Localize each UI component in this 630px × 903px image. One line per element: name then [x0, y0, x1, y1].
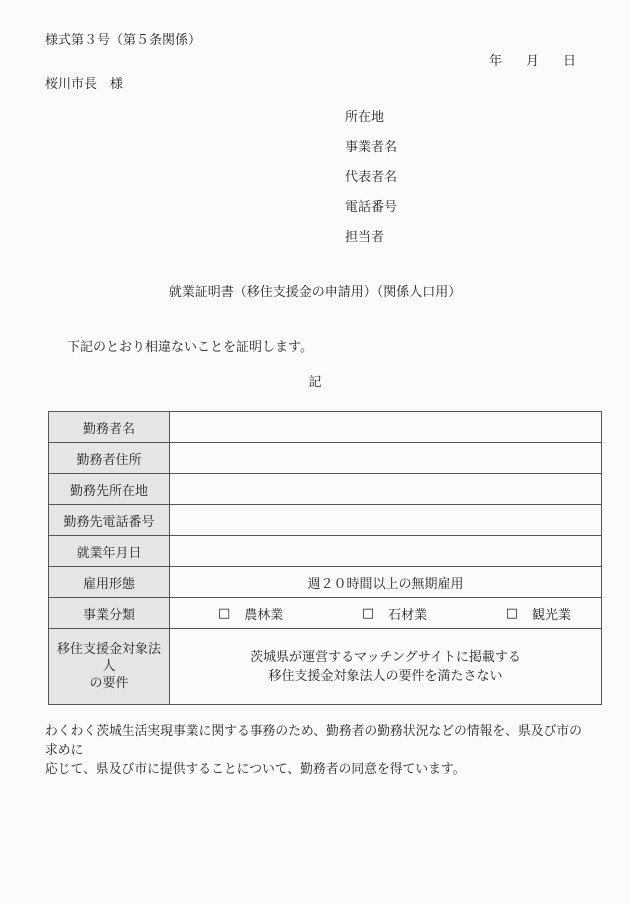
business-category-cell: □ 農林業 □ 石材業 □ 観光業: [170, 598, 602, 629]
date-line: 年 月 日: [489, 50, 576, 69]
checkbox-item-tourism[interactable]: □ 観光業: [506, 604, 571, 623]
checkbox-item-agriculture-forestry[interactable]: □ 農林業: [218, 604, 283, 623]
sender-representative-label: 代表者名: [345, 171, 397, 201]
row-label-line: の要件: [51, 675, 167, 692]
table-row-worker-name: 勤務者名: [49, 412, 602, 443]
workplace-location-field[interactable]: [170, 474, 602, 505]
table-row-workplace-phone: 勤務先電話番号: [49, 505, 602, 536]
employment-type-value: 週２０時間以上の無期雇用: [170, 567, 602, 598]
sender-location-label: 所在地: [345, 111, 397, 141]
document-title: 就業証明書（移住支援金の申請用）（関係人口用）: [0, 281, 630, 300]
date-year-label: 年: [489, 50, 502, 69]
sender-contact-person-label: 担当者: [345, 231, 397, 261]
worker-address-field[interactable]: [170, 443, 602, 474]
checkbox-icon[interactable]: □: [362, 606, 374, 621]
row-label: 勤務者名: [49, 412, 170, 443]
checkbox-item-stone-industry[interactable]: □ 石材業: [362, 604, 427, 623]
form-number: 様式第３号（第５条関係）: [45, 29, 201, 48]
row-label: 勤務者住所: [49, 443, 170, 474]
document-page: 様式第３号（第５条関係） 年 月 日 桜川市長 様 所在地 事業者名 代表者名 …: [0, 0, 630, 903]
support-requirements-value: 茨城県が運営するマッチングサイトに掲載する 移住支援金対象法人の要件を満たさない: [170, 629, 602, 705]
sender-business-name-label: 事業者名: [345, 141, 397, 171]
row-label: 事業分類: [49, 598, 170, 629]
employment-date-field[interactable]: [170, 536, 602, 567]
employment-table-wrap: 勤務者名 勤務者住所 勤務先所在地 勤務先電話番号 就業年月日 雇用形態: [48, 411, 602, 705]
checkbox-icon[interactable]: □: [218, 606, 230, 621]
checkbox-label: 石材業: [388, 604, 427, 623]
checkbox-label: 農林業: [244, 604, 283, 623]
support-requirements-line: 茨城県が運営するマッチングサイトに掲載する: [176, 648, 595, 667]
row-label: 勤務先電話番号: [49, 505, 170, 536]
checkbox-label: 観光業: [532, 604, 571, 623]
workplace-phone-field[interactable]: [170, 505, 602, 536]
row-label: 雇用形態: [49, 567, 170, 598]
support-requirements-line: 移住支援金対象法人の要件を満たさない: [176, 667, 595, 686]
date-day-label: 日: [563, 50, 576, 69]
checkbox-icon[interactable]: □: [506, 606, 518, 621]
sender-phone-label: 電話番号: [345, 201, 397, 231]
sender-block: 所在地 事業者名 代表者名 電話番号 担当者: [345, 111, 397, 261]
declaration-text: 下記のとおり相違ないことを証明します。: [67, 336, 313, 355]
table-row-worker-address: 勤務者住所: [49, 443, 602, 474]
footer-note: わくわく茨城生活実現事業に関する事務のため、勤務者の勤務状況などの情報を、県及び…: [45, 722, 593, 779]
table-row-workplace-location: 勤務先所在地: [49, 474, 602, 505]
table-row-employment-date: 就業年月日: [49, 536, 602, 567]
row-label: 移住支援金対象法人 の要件: [49, 629, 170, 705]
row-label: 勤務先所在地: [49, 474, 170, 505]
table-row-business-category: 事業分類 □ 農林業 □ 石材業 □ 観光業: [49, 598, 602, 629]
table-row-support-requirements: 移住支援金対象法人 の要件 茨城県が運営するマッチングサイトに掲載する 移住支援…: [49, 629, 602, 705]
row-label: 就業年月日: [49, 536, 170, 567]
ki-marker: 記: [0, 371, 630, 390]
employment-table: 勤務者名 勤務者住所 勤務先所在地 勤務先電話番号 就業年月日 雇用形態: [48, 411, 602, 705]
addressee: 桜川市長 様: [45, 73, 123, 92]
footer-note-line: 応じて、県及び市に提供することについて、勤務者の同意を得ています。: [45, 760, 593, 779]
date-month-label: 月: [526, 50, 539, 69]
worker-name-field[interactable]: [170, 412, 602, 443]
row-label-line: 移住支援金対象法人: [51, 641, 167, 675]
table-row-employment-type: 雇用形態 週２０時間以上の無期雇用: [49, 567, 602, 598]
footer-note-line: わくわく茨城生活実現事業に関する事務のため、勤務者の勤務状況などの情報を、県及び…: [45, 722, 593, 760]
